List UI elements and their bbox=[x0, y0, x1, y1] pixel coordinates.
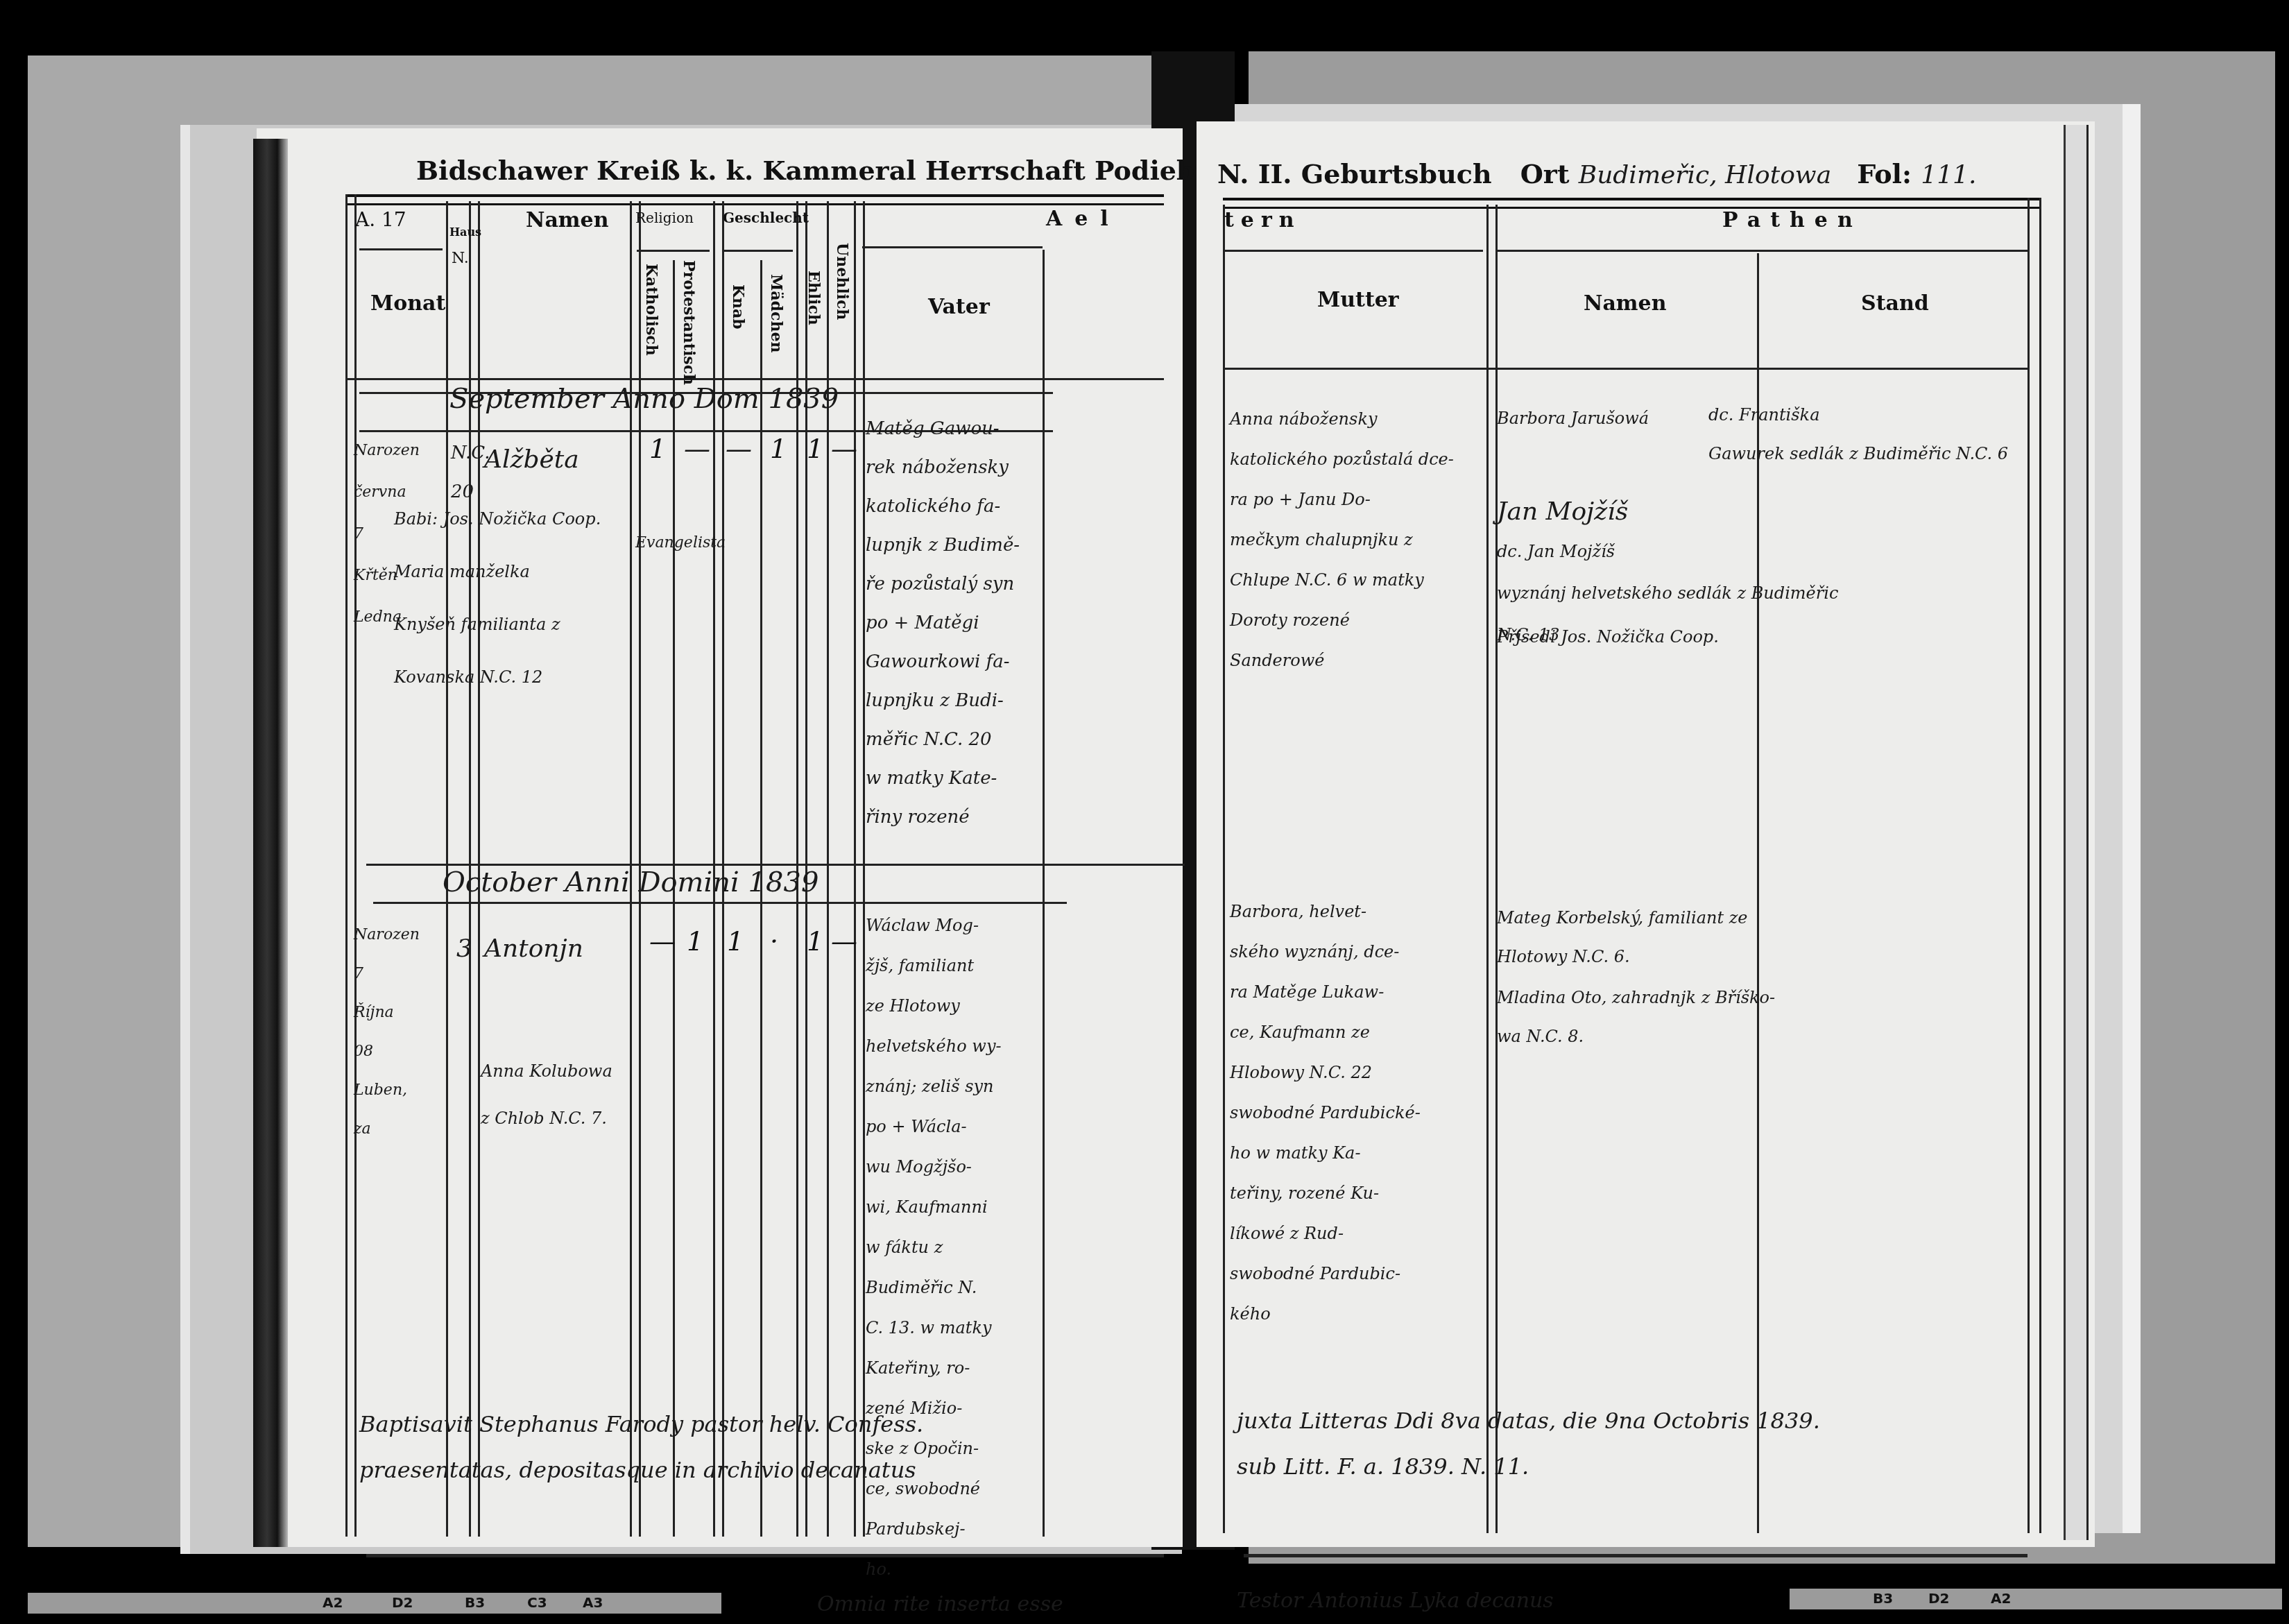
left-running-head: Bidschawer Kreiß k. k. Kammeral Herrscha… bbox=[416, 155, 1244, 186]
place-label: Ort bbox=[1520, 158, 1570, 189]
page-edge-right bbox=[2064, 125, 2089, 1540]
certification-signature-left: Omnia rite inserta esse bbox=[817, 1582, 1063, 1624]
mother-entry: Anna nábožensky katolického pozůstalá dc… bbox=[1230, 399, 1454, 681]
godparent-name: Mladina Oto, zahradnjk z Bříško- wa N.C.… bbox=[1497, 978, 1775, 1056]
boy-mark: — bbox=[726, 434, 752, 464]
girl-mark: · bbox=[770, 926, 778, 957]
entry-name-notes: Babi: Jos. Nožička Coop. Maria manželka … bbox=[394, 493, 601, 703]
right-page: N. II. Geburtsbuch Ort Budimeřic, Hlotow… bbox=[1197, 121, 2095, 1547]
godparent-name-header: Namen bbox=[1584, 291, 1667, 316]
left-register-table: A. 17 Monat Haus N. Namen Religion Katho… bbox=[345, 194, 1164, 1537]
catholic-mark: 1 bbox=[649, 434, 666, 464]
strip-label: A2 bbox=[323, 1594, 343, 1611]
legitimate-mark: 1 bbox=[807, 434, 823, 464]
mother-entry: Barbora, helvet- ského wyznánj, dce- ra … bbox=[1230, 891, 1421, 1334]
strip-label: B3 bbox=[465, 1594, 485, 1611]
godparent-status-header: Stand bbox=[1861, 291, 1929, 316]
month-heading: September Anno Dom 1839 bbox=[449, 378, 839, 420]
religion-note: Evangelista bbox=[635, 520, 726, 566]
girl-mark: 1 bbox=[770, 434, 787, 464]
house-header: Haus bbox=[449, 225, 481, 239]
sex-header: Geschlecht bbox=[723, 210, 809, 226]
left-page: Bidschawer Kreiß k. k. Kammeral Herrscha… bbox=[257, 128, 1183, 1547]
godparent-name: Přjsedi Jos. Nožička Coop. bbox=[1497, 614, 1719, 660]
entry-child-name: Alžběta bbox=[484, 437, 579, 483]
license-note: juxta Litteras Ddi 8va datas, die 9na Oc… bbox=[1237, 1398, 1820, 1489]
page-edge-left bbox=[253, 139, 288, 1547]
entry-name-notes: Anna Kolubowa z Chlob N.C. 7. bbox=[481, 1048, 612, 1142]
illegitimate-mark: — bbox=[831, 434, 857, 464]
girl-header: Mädchen bbox=[767, 274, 785, 352]
boy-mark: 1 bbox=[727, 926, 744, 957]
baptism-note: Baptisavit Stephanus Farody pastor helv.… bbox=[359, 1401, 923, 1493]
legitimate-header: Ehlich bbox=[805, 271, 823, 325]
house-number-header: N. bbox=[452, 250, 469, 267]
protestant-mark: — bbox=[684, 434, 710, 464]
catholic-header: Katholisch bbox=[642, 264, 660, 356]
certification-signature-right: Testor Antonius Lyka decanus bbox=[1237, 1578, 1554, 1624]
parents-header-left: Ael bbox=[1046, 207, 1121, 231]
entry-month-cell: Narozen 7 Října 08 Luben, za bbox=[354, 916, 420, 1149]
strip-label: C3 bbox=[527, 1594, 547, 1611]
right-running-head: N. II. Geburtsbuch Ort Budimeřic, Hlotow… bbox=[1217, 153, 1976, 198]
religion-header: Religion bbox=[635, 210, 694, 226]
protestant-mark: 1 bbox=[687, 926, 703, 957]
strip-label: A2 bbox=[1991, 1590, 2011, 1607]
entry-child-name: Antonjn bbox=[484, 926, 583, 972]
strip-label: D2 bbox=[1928, 1590, 1950, 1607]
calibration-strip-right: B3 D2 A2 bbox=[1790, 1589, 2282, 1609]
calibration-strip-left: A2 D2 B3 C3 A3 bbox=[28, 1593, 721, 1614]
godparent-name: Jan Mojžíš bbox=[1497, 489, 1628, 535]
parents-header-right: tern bbox=[1224, 208, 1301, 232]
register-title: N. II. Geburtsbuch bbox=[1217, 158, 1492, 189]
godparent-status: dc. Františka Gawurek sedlák z Budiměřic… bbox=[1708, 395, 2008, 473]
boy-header: Knab bbox=[729, 284, 747, 330]
month-header: Monat bbox=[370, 291, 445, 316]
strip-label: B3 bbox=[1873, 1590, 1893, 1607]
entry-house-number: 3 bbox=[456, 926, 472, 972]
strip-label: D2 bbox=[392, 1594, 413, 1611]
illegitimate-header: Unehlich bbox=[833, 243, 851, 320]
legitimate-mark: 1 bbox=[807, 926, 823, 957]
godparent-name: Mateg Korbelský, familiant ze Hlotowy N.… bbox=[1497, 898, 1748, 976]
folio-number: 111. bbox=[1921, 161, 1976, 189]
strip-label: A3 bbox=[583, 1594, 603, 1611]
protestant-header: Protestantisch bbox=[680, 260, 698, 385]
month-heading: October Anni Domini 1839 bbox=[443, 862, 818, 903]
name-header: Namen bbox=[526, 208, 609, 232]
year-header: A. 17 bbox=[355, 208, 406, 231]
godparents-header: Pathen bbox=[1722, 208, 1862, 232]
right-register-table: tern Mutter Pathen Namen Stand Anna nábo… bbox=[1223, 198, 2041, 1533]
folio-label: Fol: bbox=[1857, 158, 1912, 189]
godparent-name: Barbora Jarušowá bbox=[1497, 395, 1649, 441]
place-value: Budimeřic, Hlotowa bbox=[1579, 161, 1831, 189]
mother-header: Mutter bbox=[1317, 288, 1399, 312]
father-header: Vater bbox=[928, 295, 990, 319]
catholic-mark: — bbox=[649, 926, 676, 957]
father-entry: Matěg Gawou- rek nábožensky katolického … bbox=[866, 409, 1020, 837]
illegitimate-mark: — bbox=[831, 926, 857, 957]
